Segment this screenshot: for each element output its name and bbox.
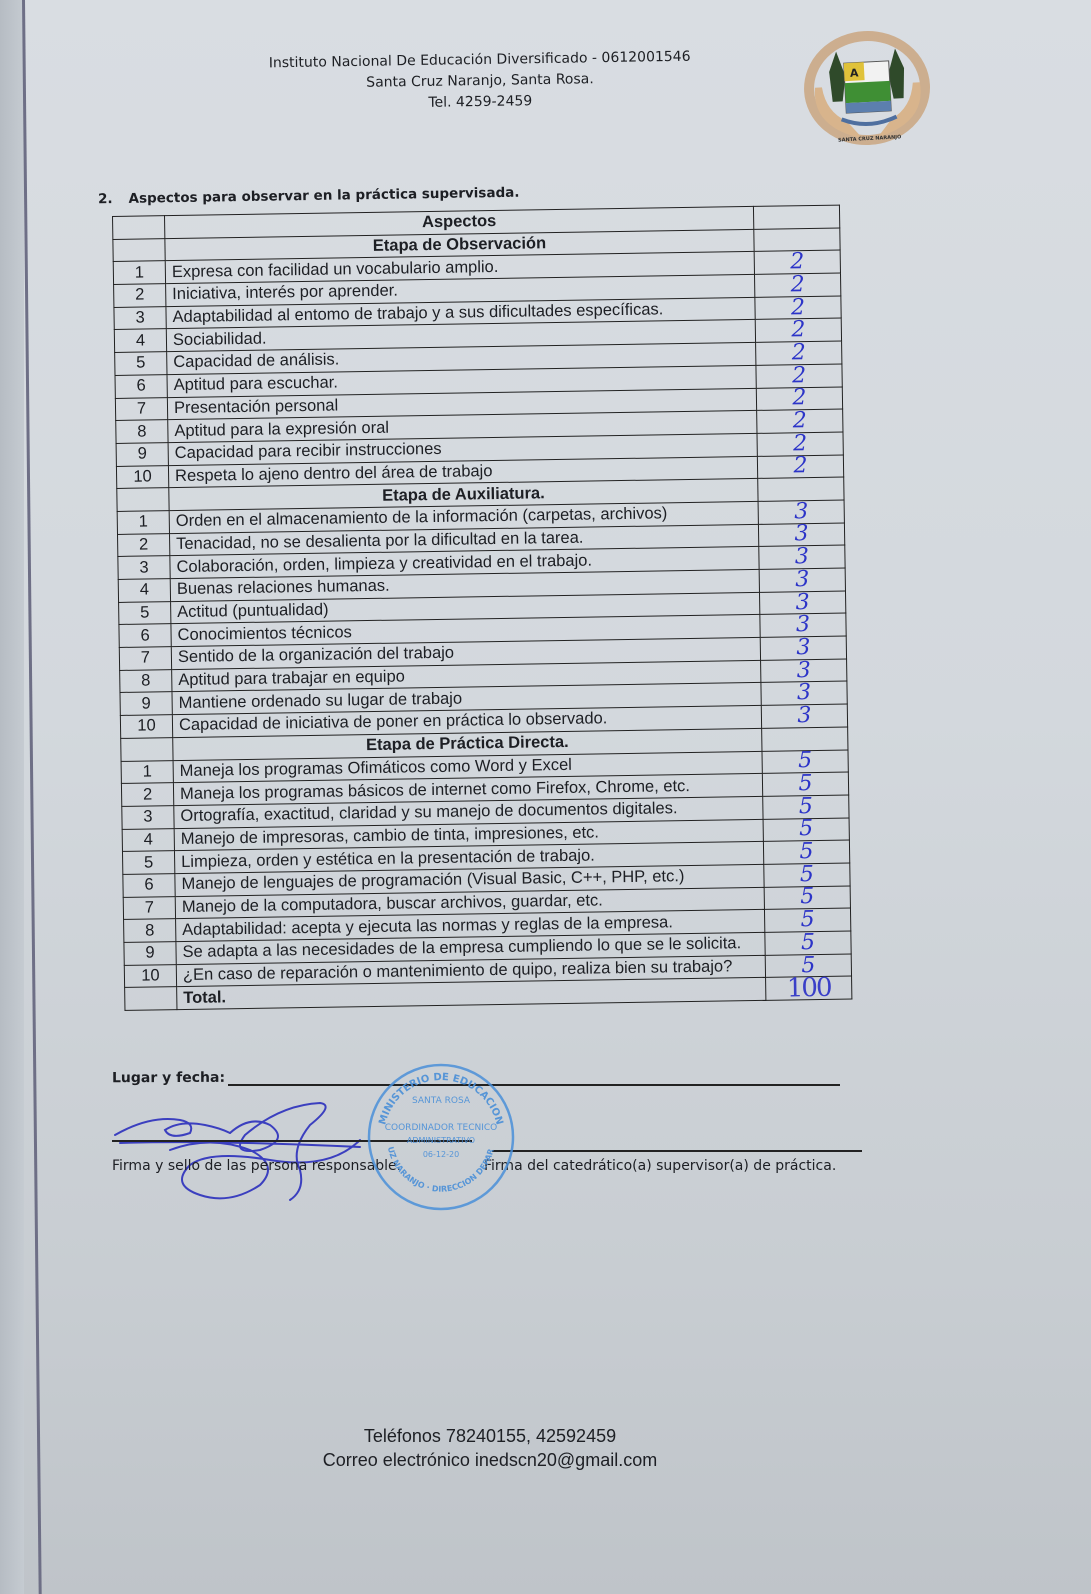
letterhead: Instituto Nacional De Educación Diversif… [250, 46, 711, 116]
item-number: 6 [123, 874, 175, 898]
item-score: 2 [757, 409, 843, 433]
header-score-cell [753, 205, 839, 229]
item-number: 5 [122, 851, 174, 875]
stage-score-cell [758, 477, 844, 501]
item-number: 8 [116, 420, 168, 444]
header-num-cell [113, 216, 165, 240]
item-number: 8 [120, 669, 172, 693]
supervisor-signature-label: Firma del catedrático(a) supervisor(a) d… [484, 1158, 836, 1174]
svg-text:A: A [850, 66, 860, 79]
stage-num-cell [121, 737, 173, 761]
item-number: 3 [114, 306, 166, 330]
item-score: 3 [760, 613, 846, 637]
item-number: 7 [115, 397, 167, 421]
handwritten-signature [110, 1095, 370, 1210]
section-heading: 2.Aspectos para observar en la práctica … [98, 185, 520, 208]
item-score: 2 [757, 432, 843, 456]
item-score: 5 [764, 886, 850, 910]
item-number: 2 [114, 284, 166, 308]
responsible-signature-label: Firma y sello de las persona responsable… [112, 1158, 401, 1174]
stage-num-cell [113, 238, 165, 262]
page-edge [22, 0, 42, 1594]
item-score: 2 [755, 318, 841, 342]
item-number: 4 [118, 579, 170, 603]
item-score: 2 [756, 387, 842, 411]
item-number: 7 [119, 647, 171, 671]
background-surface [0, 0, 24, 1594]
item-score: 3 [761, 659, 847, 683]
section-number: 2. [98, 191, 113, 207]
item-number: 10 [124, 964, 176, 988]
item-score: 3 [760, 636, 846, 660]
item-score: 2 [756, 364, 842, 388]
svg-text:06-12-20: 06-12-20 [423, 1150, 459, 1159]
item-score: 5 [764, 908, 850, 932]
item-score: 2 [754, 273, 840, 297]
item-number: 2 [121, 783, 173, 807]
stage-score-cell [762, 727, 848, 751]
item-score: 5 [763, 795, 849, 819]
item-score: 5 [765, 931, 851, 955]
svg-text:ADMINISTRATIVO: ADMINISTRATIVO [407, 1136, 475, 1145]
item-number: 9 [120, 692, 172, 716]
footer-email: Correo electrónico inedscn20@gmail.com [300, 1448, 680, 1472]
item-score: 5 [762, 772, 848, 796]
item-score: 3 [759, 591, 845, 615]
stage-score-cell [754, 228, 840, 252]
item-score: 3 [761, 681, 847, 705]
footer-contact: Teléfonos 78240155, 42592459 Correo elec… [300, 1424, 680, 1472]
item-score: 3 [761, 704, 847, 728]
section-title: Aspectos para observar en la práctica su… [128, 185, 519, 207]
item-score: 2 [755, 296, 841, 320]
item-score: 3 [758, 500, 844, 524]
item-number: 10 [116, 465, 168, 489]
item-score: 2 [756, 341, 842, 365]
item-number: 4 [122, 828, 174, 852]
total-score: 100 [766, 976, 852, 1000]
svg-text:SANTA ROSA: SANTA ROSA [412, 1096, 471, 1106]
school-crest-icon: A SANTA CRUZ NARANJO [797, 27, 938, 149]
stage-num-cell [117, 488, 169, 512]
footer-phones: Teléfonos 78240155, 42592459 [300, 1424, 680, 1448]
item-number: 7 [123, 896, 175, 920]
item-number: 8 [124, 919, 176, 943]
supervisor-signature-line [492, 1150, 862, 1152]
svg-text:COORDINADOR TECNICO: COORDINADOR TECNICO [385, 1123, 498, 1133]
item-number: 2 [117, 533, 169, 557]
item-number: 9 [116, 443, 168, 467]
official-stamp-icon: MINISTERIO DE EDUCACION SANTA ROSA COORD… [362, 1058, 520, 1216]
item-number: 10 [120, 715, 172, 739]
item-number: 6 [119, 624, 171, 648]
item-number: 1 [113, 261, 165, 285]
item-score: 5 [763, 818, 849, 842]
evaluation-table: Aspectos Etapa de Observación1Expresa co… [112, 205, 852, 1011]
item-number: 3 [122, 805, 174, 829]
item-score: 3 [759, 568, 845, 592]
item-score: 2 [754, 250, 840, 274]
total-num-cell [125, 987, 177, 1011]
item-number: 9 [124, 942, 176, 966]
item-score: 3 [759, 545, 845, 569]
item-score: 5 [764, 863, 850, 887]
item-number: 5 [119, 601, 171, 625]
item-number: 4 [114, 329, 166, 353]
place-date-field[interactable] [228, 1084, 840, 1086]
item-score: 3 [758, 523, 844, 547]
item-score: 2 [757, 455, 843, 479]
item-number: 1 [121, 760, 173, 784]
item-number: 6 [115, 374, 167, 398]
item-score: 5 [763, 840, 849, 864]
item-number: 3 [118, 556, 170, 580]
item-number: 1 [117, 511, 169, 535]
item-score: 5 [762, 750, 848, 774]
place-date-label: Lugar y fecha: [112, 1070, 225, 1086]
item-number: 5 [115, 352, 167, 376]
